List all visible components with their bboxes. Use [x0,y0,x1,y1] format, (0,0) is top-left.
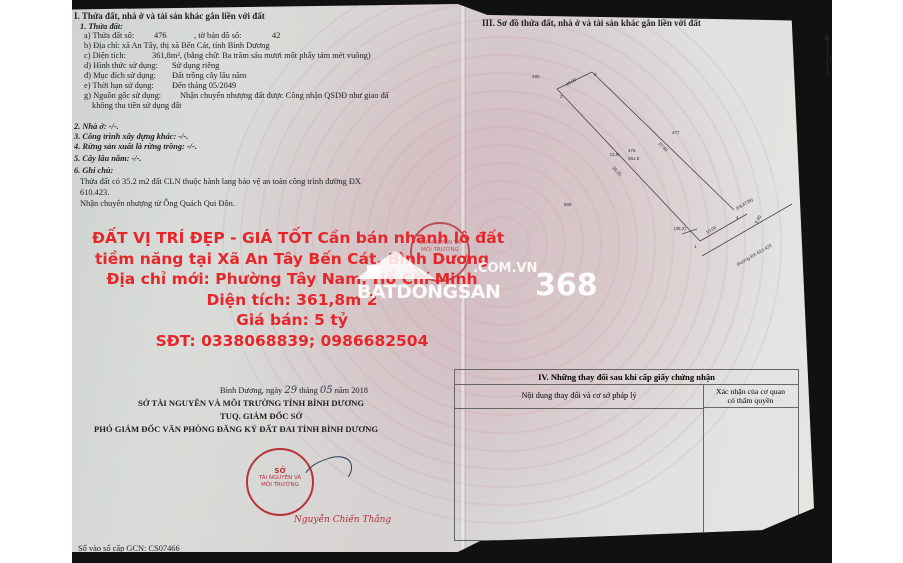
column-header-line: Xác nhận của cơ quan [703,387,798,396]
parcel-number-label: a) Thửa đất số: [84,31,134,41]
date-prefix: Bình Dương, ngày [220,386,282,395]
note-line: Thửa đất có 35.2 m2 đất CLN thuộc hành l… [80,177,361,187]
column-header-confirmation: Xác nhận của cơ quan có thẩm quyền [703,384,798,408]
notes-heading: 6. Ghi chú: [74,166,113,176]
area-value: 361,8m², (bằng chữ: Ba trăm sáu mươi mốt… [152,51,371,61]
date-month-label: tháng [299,386,318,395]
watermark-brand: BATDONGSAN [357,281,500,303]
changes-table: IV. Những thay đổi sau khi cấp giấy chứn… [454,369,799,541]
map-label: 1 [694,244,697,249]
map-label: 480 [532,74,540,79]
issuing-authority: SỞ TÀI NGUYÊN VÀ MÔI TRƯỜNG TỈNH BÌNH DƯ… [138,398,364,408]
forest-item: 4. Rừng sản xuất là rừng trồng: -/-. [74,142,197,152]
note-line: 610.423. [80,188,109,198]
window-logo-icon [367,265,381,279]
note-line: Nhận chuyển nhượng từ Ông Quách Qui Đôn. [80,199,235,209]
site-watermark: .COM.VN BATDONGSAN 368 [355,243,635,313]
usage-purpose-value: Đất trồng cây lâu năm [172,71,246,81]
stamp-text: SỞ [248,468,312,475]
table-divider [703,408,704,540]
map-label: Đường ĐX 610.423 [736,243,773,267]
watermark-number: 368 [535,268,598,303]
map-label: (35.2) [674,226,686,231]
usage-purpose-label: đ) Mục đích sử dụng: [84,71,156,81]
section3-heading: III. Sơ đồ thửa đất, nhà ở và tài sản kh… [482,18,701,28]
north-label: B [829,54,832,63]
area-label: c) Diện tích: [84,51,126,61]
deputy-title: PHÓ GIÁM ĐỐC VĂN PHÒNG ĐĂNG KÝ ĐẤT ĐAI T… [94,424,378,434]
map-label: CLN [610,152,619,157]
origin-value-cont: không thu tiền sử dụng đất [92,101,181,111]
origin-value: Nhận chuyển nhượng đất được Công nhận QS… [180,91,389,101]
section4-heading: IV. Những thay đổi sau khi cấp giấy chứn… [455,370,798,385]
perennial-item: 5. Cây lâu năm: -/-. [74,154,141,164]
map-label: 361.8 [628,156,640,161]
parcel-number: 476 [154,31,167,41]
certificate-photo: I. Thửa đất, nhà ở và tài sản khác gắn l… [72,0,832,563]
map-label: 37.89 [657,141,669,153]
usage-term-value: Đến tháng 05/2049 [172,81,236,91]
usage-form-label: d) Hình thức sử dụng: [84,61,158,71]
map-label: (HL4739) [735,197,754,211]
usage-form-value: Sử dụng riêng [172,61,219,71]
house-item: 2. Nhà ở: -/-. [74,122,119,132]
map-label: 36.25 [611,165,623,177]
signer-name: Nguyễn Chiến Thắng [294,515,391,525]
map-label: 606 [564,202,572,207]
parcel-diagram: 480 477 606 CLN 476 361.8 10.00 37.89 36… [462,34,812,274]
watermark-domain: .COM.VN [473,261,537,276]
parcel-address: b) Địa chỉ: xã An Tây, thị xã Bến Cát, t… [84,41,270,51]
section1-heading: I. Thửa đất, nhà ở và tài sản khác gắn l… [74,11,265,21]
promo-line: SĐT: 0338068839; 0986682504 [92,331,492,352]
registry-number: Số vào sổ cấp GCN: CS07466 [78,544,180,554]
map-label: 10.00 [565,77,578,87]
column-header-line: có thẩm quyền [703,396,798,405]
map-label: 10.00 [705,225,718,235]
north-arrow-icon [827,38,828,76]
column-header-content: Nội dung thay đổi và cơ sở pháp lý [455,384,704,409]
map-label: 477 [672,130,680,135]
usage-term-label: e) Thời hạn sử dụng: [84,81,154,91]
map-label: 9.80 [754,214,763,225]
map-label: 476 [628,148,636,153]
date-day: 29 [284,385,297,396]
date-month: 05 [320,385,333,396]
other-works-item: 3. Công trình xây dựng khác: -/-. [74,132,188,142]
origin-label: g) Nguồn gốc sử dụng: [84,91,161,101]
map-sheet-number: 42 [272,31,280,41]
date-year: năm 2018 [335,386,368,395]
signing-place-date: Bình Dương, ngày 29 tháng 05 năm 2018 [220,386,368,396]
promo-line: Giá bán: 5 tỷ [92,310,492,331]
map-sheet-label: , tờ bản đồ số: [194,31,241,41]
on-behalf-of: TUQ. GIÁM ĐỐC SỞ [220,411,302,421]
